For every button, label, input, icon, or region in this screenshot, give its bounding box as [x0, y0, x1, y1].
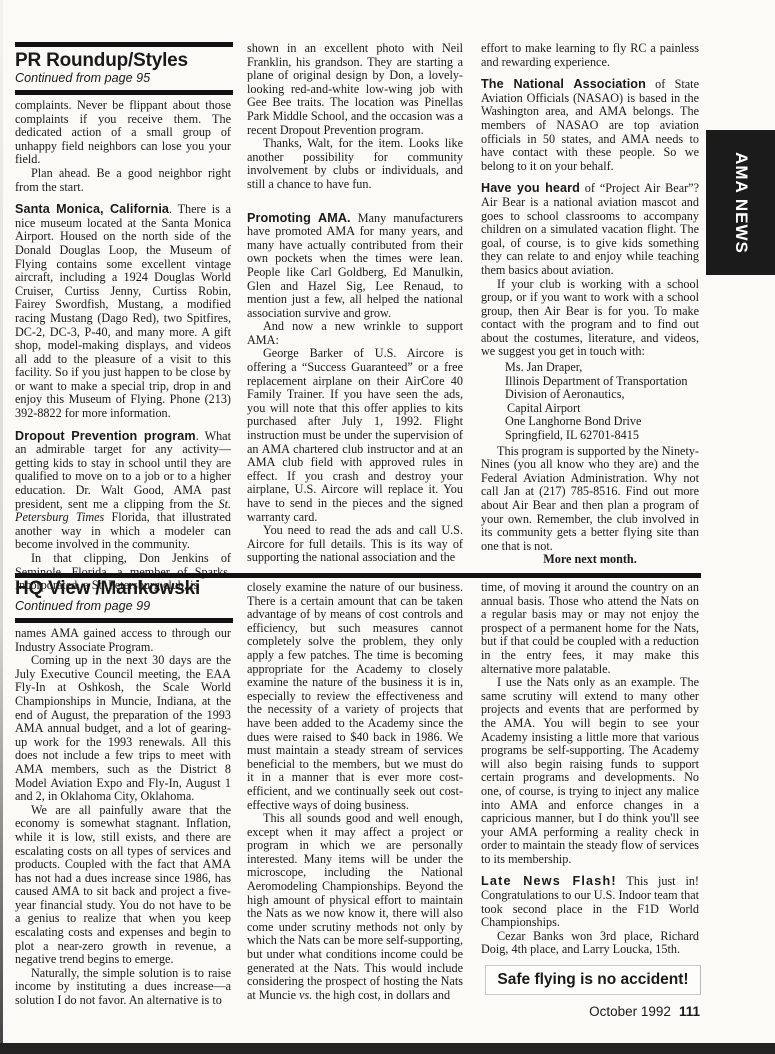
header-rule-bottom [15, 90, 233, 95]
safety-slogan: Safe flying is no accident! [497, 971, 688, 989]
subhead-national-association: The National Association [481, 77, 646, 91]
paragraph: closely examine the nature of our busine… [247, 581, 463, 812]
page-number: 111 [679, 1004, 700, 1019]
paragraph: shown in an excellent photo with Neil Fr… [247, 42, 463, 137]
subhead-santa-monica: Santa Monica, California [15, 202, 169, 216]
bottom-column-3: time, of moving it around the country on… [481, 581, 699, 957]
continued-note: Continued from page 95 [15, 71, 233, 85]
paragraph-dropout: Dropout Prevention program. What an admi… [15, 430, 231, 552]
page-folio: October 1992111 [540, 1004, 700, 1019]
contact-address: Ms. Jan Draper, Illinois Department of T… [481, 361, 699, 443]
address-line: Illinois Department of Transportation [505, 375, 699, 389]
paragraph: And now a new wrinkle to support AMA: [247, 320, 463, 347]
paragraph-late-news: Late News Flash! This just in! Congratul… [481, 875, 699, 929]
paragraph: time, of moving it around the country on… [481, 581, 699, 676]
subhead-late-news-flash: Late News Flash! [481, 874, 617, 888]
section-title: PR Roundup/Styles [15, 51, 233, 71]
bottom-column-2: closely examine the nature of our busine… [247, 581, 463, 1002]
hq-view-header: HQ View /Mankowski Continued from page 9… [15, 575, 233, 623]
continued-note: Continued from page 99 [15, 599, 233, 613]
paragraph-nasao: The National Association of State Aviati… [481, 78, 699, 173]
paragraph: effort to make learning to fly RC a pain… [481, 42, 699, 69]
paragraph: If your club is working with a school gr… [481, 278, 699, 360]
more-next-month: More next month. [481, 553, 699, 567]
paragraph-promoting: Promoting AMA. Many manufacturers have p… [247, 212, 463, 321]
subhead-dropout-prevention: Dropout Prevention program [15, 429, 196, 443]
address-line: Capital Airport [505, 402, 699, 416]
subhead-promoting-ama: Promoting AMA. [247, 211, 351, 225]
paragraph-air-bear: Have you heard of “Project Air Bear”? Ai… [481, 182, 699, 277]
top-column-3: effort to make learning to fly RC a pain… [481, 42, 699, 567]
header-rule-top [15, 42, 233, 47]
paragraph: You need to read the ads and call U.S. A… [247, 524, 463, 565]
paragraph: This all sounds good and well enough, ex… [247, 812, 463, 1002]
paragraph: I use the Nats only as an example. The s… [481, 676, 699, 866]
subhead-have-you-heard: Have you heard [481, 181, 580, 195]
issue-date: October 1992 [589, 1004, 671, 1019]
paragraph: George Barker of U.S. Aircore is offerin… [247, 347, 463, 524]
paragraph: Thanks, Walt, for the item. Looks like a… [247, 137, 463, 191]
address-line: One Langhorne Bond Drive [505, 415, 699, 429]
section-title: HQ View /Mankowski [15, 579, 233, 599]
address-line: Ms. Jan Draper, [505, 361, 699, 375]
paragraph: complaints. Never be flippant about thos… [15, 99, 231, 167]
header-rule-bottom [15, 618, 233, 623]
scan-bottom-edge [0, 1043, 775, 1054]
paragraph: names AMA gained access to through our I… [15, 627, 231, 654]
pr-roundup-header: PR Roundup/Styles Continued from page 95 [15, 42, 233, 95]
paragraph: Naturally, the simple solution is to rai… [15, 967, 231, 1008]
paragraph: Plan ahead. Be a good neighbor right fro… [15, 167, 231, 194]
top-column-2: shown in an excellent photo with Neil Fr… [247, 42, 463, 565]
ama-news-side-tab: AMA NEWS [706, 130, 775, 275]
paragraph-santa-monica: Santa Monica, California. There is a nic… [15, 203, 231, 421]
address-line: Springfield, IL 62701-8415 [505, 429, 699, 443]
paragraph: We are all painfully aware that the econ… [15, 804, 231, 967]
top-column-1: complaints. Never be flippant about thos… [15, 99, 231, 593]
safety-slogan-box: Safe flying is no accident! [485, 965, 701, 995]
paragraph: This program is supported by the Ninety-… [481, 445, 699, 554]
address-line: Division of Aeronautics, [505, 388, 699, 402]
paragraph: Cezar Banks won 3rd place, Richard Doig,… [481, 930, 699, 957]
side-tab-label: AMA NEWS [731, 152, 751, 254]
paragraph: Coming up in the next 30 days are the Ju… [15, 654, 231, 804]
page-edge-shadow [0, 0, 3, 1043]
bottom-column-1: names AMA gained access to through our I… [15, 627, 231, 1008]
